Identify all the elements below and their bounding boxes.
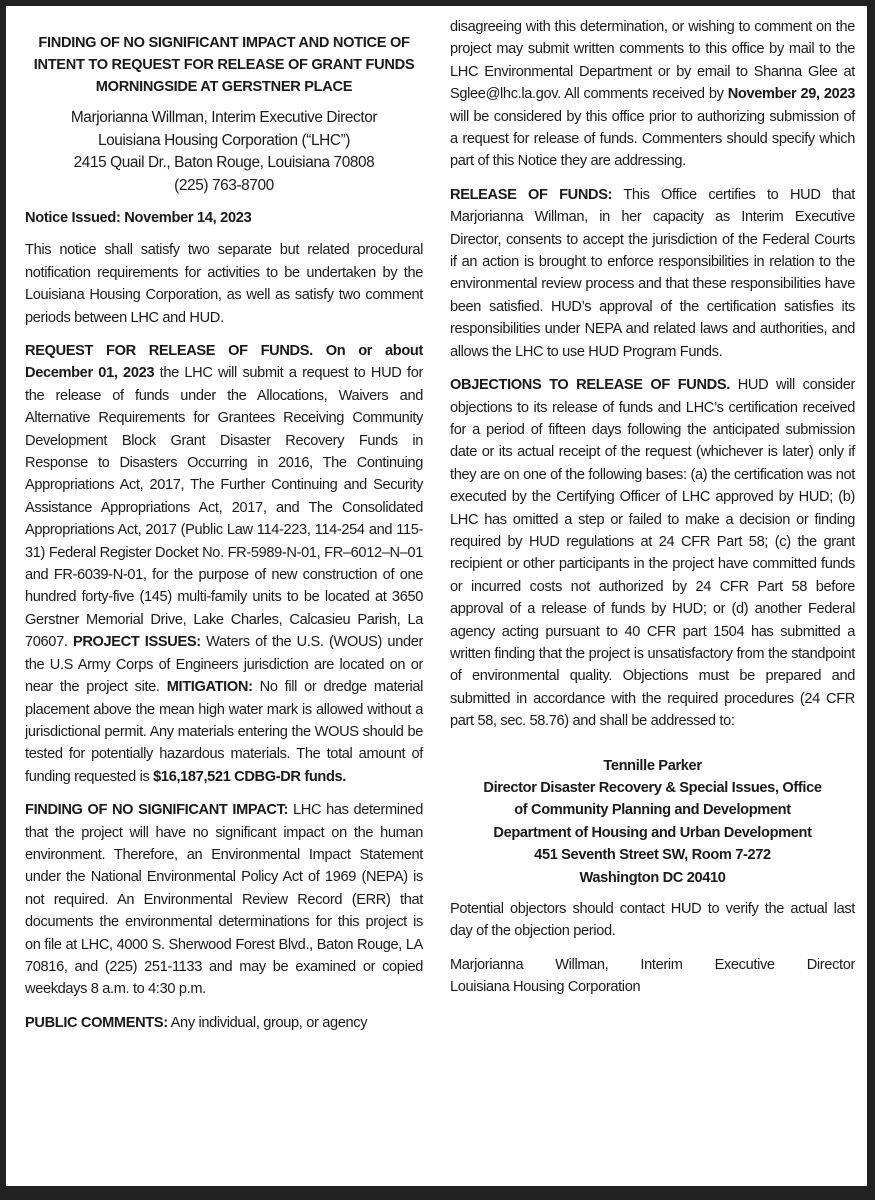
fonsi-body: LHC has determined that the project will… — [25, 802, 423, 997]
signature-organization: Louisiana Housing Corporation — [450, 976, 855, 998]
objections-heading: OBJECTIONS TO RELEASE OF FUNDS. — [450, 377, 730, 393]
signature-name-title: Marjorianna Willman, Interim Executive D… — [450, 954, 855, 976]
notice-page: FINDING OF NO SIGNIFICANT IMPACT AND NOT… — [6, 6, 867, 1186]
contact-name-title: Marjorianna Willman, Interim Executive D… — [25, 107, 423, 130]
release-of-funds-paragraph: RELEASE OF FUNDS: This Office certifies … — [450, 184, 855, 363]
fonsi-paragraph: FINDING OF NO SIGNIFICANT IMPACT: LHC ha… — [25, 799, 423, 1001]
objections-paragraph: OBJECTIONS TO RELEASE OF FUNDS. HUD will… — [450, 374, 855, 733]
funding-amount: $16,187,521 CDBG-DR funds. — [153, 769, 346, 785]
request-release-body: the LHC will submit a request to HUD for… — [25, 365, 423, 650]
objections-body: HUD will consider objections to its rele… — [450, 377, 855, 729]
project-issues-label: PROJECT ISSUES: — [73, 634, 201, 650]
verify-paragraph: Potential objectors should contact HUD t… — [450, 898, 855, 943]
request-release-paragraph: REQUEST FOR RELEASE OF FUNDS. On or abou… — [25, 340, 423, 788]
hud-contact-title-2: of Community Planning and Development — [450, 799, 855, 821]
public-comments-heading: PUBLIC COMMENTS: — [25, 1015, 168, 1031]
left-column: FINDING OF NO SIGNIFICANT IMPACT AND NOT… — [25, 32, 423, 1034]
release-of-funds-body: This Office certifies to HUD that Marjor… — [450, 187, 855, 360]
notice-title: FINDING OF NO SIGNIFICANT IMPACT AND NOT… — [25, 32, 423, 98]
comment-deadline: November 29, 2023 — [728, 86, 855, 102]
release-of-funds-heading: RELEASE OF FUNDS: — [450, 187, 612, 203]
title-line-1: FINDING OF NO SIGNIFICANT IMPACT AND NOT… — [25, 32, 423, 54]
public-comments-body-start: Any individual, group, or agency — [168, 1015, 367, 1031]
right-column: disagreeing with this determination, or … — [450, 16, 855, 999]
contact-phone: (225) 763-8700 — [25, 175, 423, 198]
mitigation-label: MITIGATION: — [167, 679, 253, 695]
title-line-2: INTENT TO REQUEST FOR RELEASE OF GRANT F… — [25, 54, 423, 76]
hud-contact-title-1: Director Disaster Recovery & Special Iss… — [450, 777, 855, 799]
request-release-heading: REQUEST FOR RELEASE OF FUNDS. — [25, 343, 313, 359]
hud-contact-block: Tennille Parker Director Disaster Recove… — [450, 755, 855, 889]
fonsi-heading: FINDING OF NO SIGNIFICANT IMPACT: — [25, 802, 288, 818]
public-comments-body-end: will be considered by this office prior … — [450, 109, 855, 170]
notice-issued-date: Notice Issued: November 14, 2023 — [25, 207, 423, 229]
header-contact: Marjorianna Willman, Interim Executive D… — [25, 107, 423, 197]
signature-block: Marjorianna Willman, Interim Executive D… — [450, 954, 855, 999]
contact-address: 2415 Quail Dr., Baton Rouge, Louisiana 7… — [25, 152, 423, 175]
public-comments-paragraph-start: PUBLIC COMMENTS: Any individual, group, … — [25, 1012, 423, 1034]
hud-contact-street: 451 Seventh Street SW, Room 7-272 — [450, 844, 855, 866]
public-comments-paragraph-continued: disagreeing with this determination, or … — [450, 16, 855, 173]
intro-paragraph: This notice shall satisfy two separate b… — [25, 239, 423, 329]
title-line-3: MORNINGSIDE AT GERSTNER PLACE — [25, 76, 423, 98]
hud-contact-city: Washington DC 20410 — [450, 867, 855, 889]
hud-contact-department: Department of Housing and Urban Developm… — [450, 822, 855, 844]
hud-contact-name: Tennille Parker — [450, 755, 855, 777]
contact-organization: Louisiana Housing Corporation (“LHC”) — [25, 130, 423, 153]
